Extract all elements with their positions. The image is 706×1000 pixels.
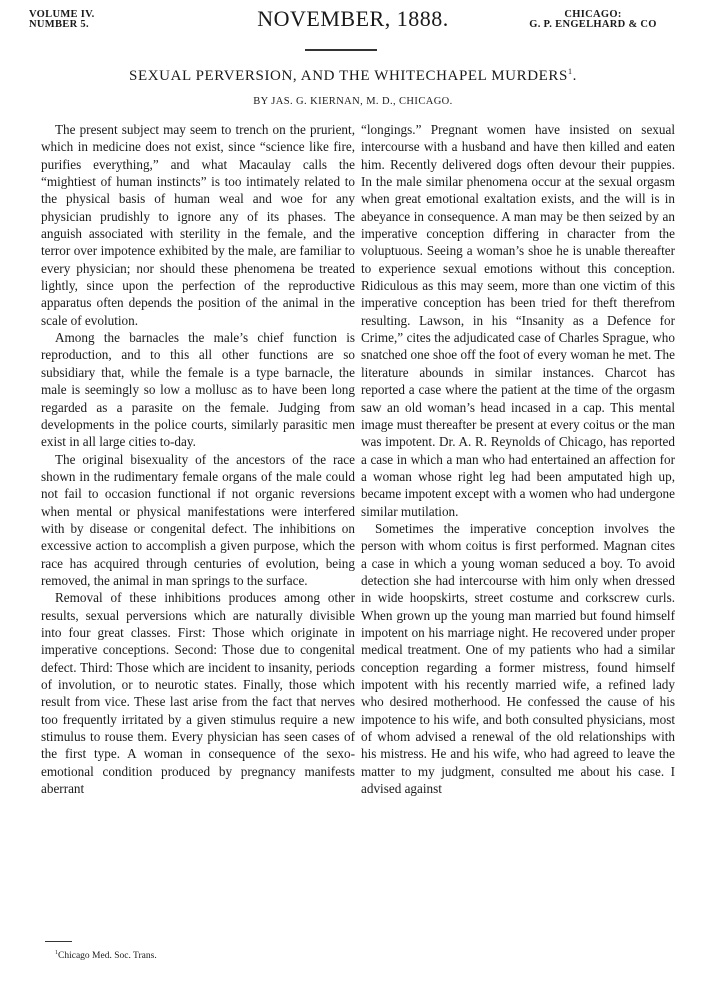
paragraph: Among the barnacles the male’s chief fun… <box>41 329 355 450</box>
paragraph: Removal of these inhibitions produces am… <box>41 589 355 797</box>
title-footnote-mark: 1 <box>568 67 573 76</box>
masthead-publisher: CHICAGO: G. P. ENGELHARD & CO <box>529 10 657 30</box>
byline: BY JAS. G. KIERNAN, M. D., CHICAGO. <box>0 96 706 107</box>
article-title-text: SEXUAL PERVERSION, AND THE WHITECHAPEL M… <box>129 68 568 84</box>
paragraph: The original bisexuality of the ancestor… <box>41 451 355 590</box>
paragraph: The present subject may seem to trench o… <box>41 121 355 329</box>
paragraph: Sometimes the imperative conception invo… <box>361 520 675 798</box>
article-title: SEXUAL PERVERSION, AND THE WHITECHAPEL M… <box>0 67 706 85</box>
left-column: The present subject may seem to trench o… <box>41 121 355 797</box>
right-column: “longings.” Pregnant women have insisted… <box>361 121 675 797</box>
header-divider <box>305 49 377 51</box>
publisher-name: G. P. ENGELHARD & CO <box>529 20 657 30</box>
footnote-text: Chicago Med. Soc. Trans. <box>58 951 157 961</box>
footnote: 1Chicago Med. Soc. Trans. <box>55 950 157 961</box>
footnote-divider <box>45 941 72 942</box>
paragraph: “longings.” Pregnant women have insisted… <box>361 121 675 520</box>
